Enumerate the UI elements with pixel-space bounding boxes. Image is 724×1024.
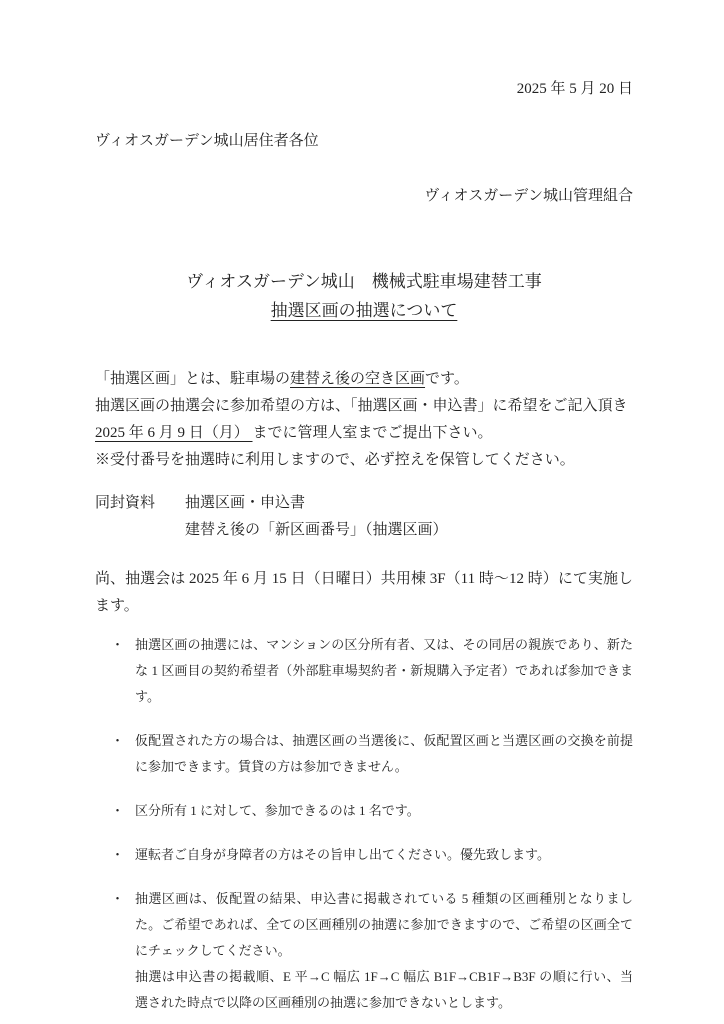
enclosure-item: 抽選区画・申込書 xyxy=(185,490,448,517)
intro-line-1-post: です。 xyxy=(425,371,469,387)
intro-section: 「抽選区画」とは、駐車場の建替え後の空き区画です。 抽選区画の抽選会に参加希望の… xyxy=(95,366,633,474)
bullet-icon: ・ xyxy=(111,798,124,824)
intro-line-3: 2025 年 6 月 9 日（月） までに管理人室までご提出下さい。 xyxy=(95,420,633,447)
list-item: ・ 抽選区画の抽選には、マンションの区分所有者、又は、その同居の親族であり、新た… xyxy=(95,632,633,710)
enclosure-items: 抽選区画・申込書 建替え後の「新区画番号」（抽選区画） xyxy=(185,490,448,544)
document-subtitle: 抽選区画の抽選について xyxy=(95,297,633,324)
addressee: ヴィオスガーデン城山居住者各位 xyxy=(95,128,633,155)
intro-line-1-underline: 建替え後の空き区画 xyxy=(290,371,425,387)
list-item: ・ 区分所有 1 に対して、参加できるのは 1 名です。 xyxy=(95,798,633,824)
bullet-list: ・ 抽選区画の抽選には、マンションの区分所有者、又は、その同居の親族であり、新た… xyxy=(95,632,633,1016)
document-date: 2025 年 5 月 20 日 xyxy=(95,76,633,103)
bullet-text: 仮配置された方の場合は、抽選区画の当選後に、仮配置区画と当選区画の交換を前提に参… xyxy=(135,728,633,780)
intro-line-3-post: までに管理人室までご提出下さい。 xyxy=(253,425,493,441)
document-page: 2025 年 5 月 20 日 ヴィオスガーデン城山居住者各位 ヴィオスガーデン… xyxy=(0,0,724,1024)
bullet-text: 抽選区画の抽選には、マンションの区分所有者、又は、その同居の親族であり、新たな … xyxy=(135,632,633,710)
list-item: ・ 抽選区画は、仮配置の結果、申込書に掲載されている 5 種類の区画種別となりま… xyxy=(95,886,633,1016)
lottery-schedule-note: 尚、抽選会は 2025 年 6 月 15 日（日曜日）共用棟 3F（11 時～1… xyxy=(95,566,633,620)
bullet-text: 抽選区画は、仮配置の結果、申込書に掲載されている 5 種類の区画種別となりました… xyxy=(135,886,633,964)
bullet-text: 運転者ご自身が身障者の方はその旨申し出てください。優先致します。 xyxy=(135,842,633,868)
bullet-text: 区分所有 1 に対して、参加できるのは 1 名です。 xyxy=(135,798,633,824)
bullet-icon: ・ xyxy=(111,632,124,658)
bullet-icon: ・ xyxy=(111,842,124,868)
bullet-icon: ・ xyxy=(111,728,124,754)
enclosure-item: 建替え後の「新区画番号」（抽選区画） xyxy=(185,517,448,544)
intro-line-2: 抽選区画の抽選会に参加希望の方は、「抽選区画・申込書」に希望をご記入頂き xyxy=(95,393,633,420)
intro-line-1: 「抽選区画」とは、駐車場の建替え後の空き区画です。 xyxy=(95,366,633,393)
intro-line-1-pre: 「抽選区画」とは、駐車場の xyxy=(95,371,290,387)
enclosure-section: 同封資料 抽選区画・申込書 建替え後の「新区画番号」（抽選区画） xyxy=(95,490,633,544)
sender-organization: ヴィオスガーデン城山管理組合 xyxy=(95,183,633,210)
list-item: ・ 運転者ご自身が身障者の方はその旨申し出てください。優先致します。 xyxy=(95,842,633,868)
deadline-date-underline: 2025 年 6 月 9 日（月） xyxy=(95,425,253,441)
list-item: ・ 仮配置された方の場合は、抽選区画の当選後に、仮配置区画と当選区画の交換を前提… xyxy=(95,728,633,780)
title-block: ヴィオスガーデン城山 機械式駐車場建替工事 抽選区画の抽選について xyxy=(95,268,633,324)
bullet-text: 抽選は申込書の掲載順、E 平→C 幅広 1F→C 幅広 B1F→CB1F→B3F… xyxy=(135,964,633,1016)
bullet-icon: ・ xyxy=(111,886,124,912)
document-subtitle-text: 抽選区画の抽選について xyxy=(271,301,458,320)
document-title: ヴィオスガーデン城山 機械式駐車場建替工事 xyxy=(95,268,633,295)
enclosure-label: 同封資料 xyxy=(95,490,185,544)
receipt-number-note: ※受付番号を抽選時に利用しますので、必ず控えを保管してください。 xyxy=(95,447,633,474)
